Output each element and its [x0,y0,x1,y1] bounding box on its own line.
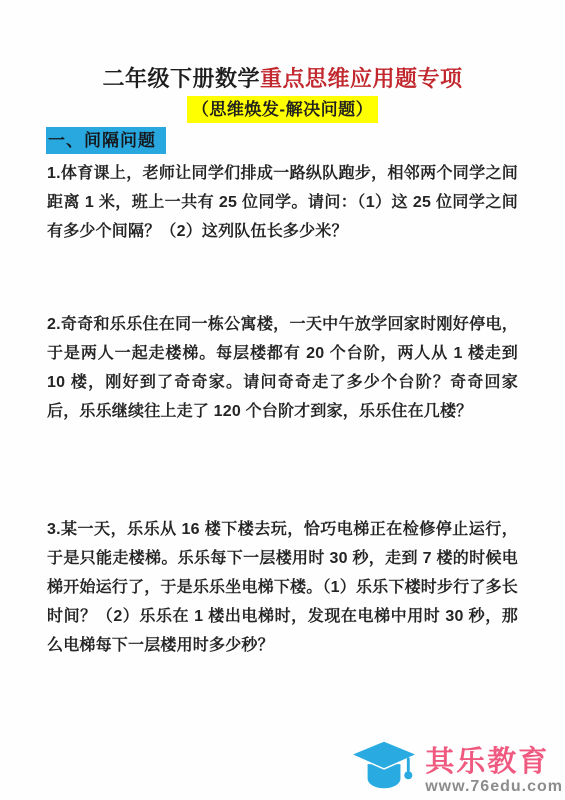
section-heading: 一、间隔问题 [46,127,166,154]
page-title-prefix: 二年级下册数学 [102,66,260,91]
subtitle-highlight: （思维焕发-解决问题） [187,96,378,123]
brand-name: 其乐教育 [425,747,549,777]
problem-list: 1.体育课上，老师让同学们排成一路纵队跑步，相邻两个同学之间距离 1 米，班上一… [0,159,565,660]
problem-3-text: 3.某一天，乐乐从 16 楼下楼去玩，恰巧电梯正在检修停止运行，于是只能走楼梯。… [47,515,518,660]
section-row: 一、间隔问题 [46,127,565,154]
problem-1-text: 1.体育课上，老师让同学们排成一路纵队跑步，相邻两个同学之间距离 1 米，班上一… [47,159,518,246]
subtitle-row: （思维焕发-解决问题） [0,96,565,123]
brand-texts: 其乐教育 www.76edu.com [425,747,563,797]
page-title: 二年级下册数学重点思维应用题专项 [0,64,565,94]
brand-website: www.76edu.com [425,777,563,797]
problem-2-text: 2.奇奇和乐乐住在同一栋公寓楼，一天中午放学回家时刚好停电，于是两人一起走楼梯。… [47,310,518,426]
brand-logo: 其乐教育 www.76edu.com [349,739,563,797]
worksheet-page: 二年级下册数学重点思维应用题专项 （思维焕发-解决问题） 一、间隔问题 1.体育… [0,0,565,800]
page-title-highlight: 重点思维应用题专项 [260,66,463,91]
graduation-cap-icon [349,739,421,797]
